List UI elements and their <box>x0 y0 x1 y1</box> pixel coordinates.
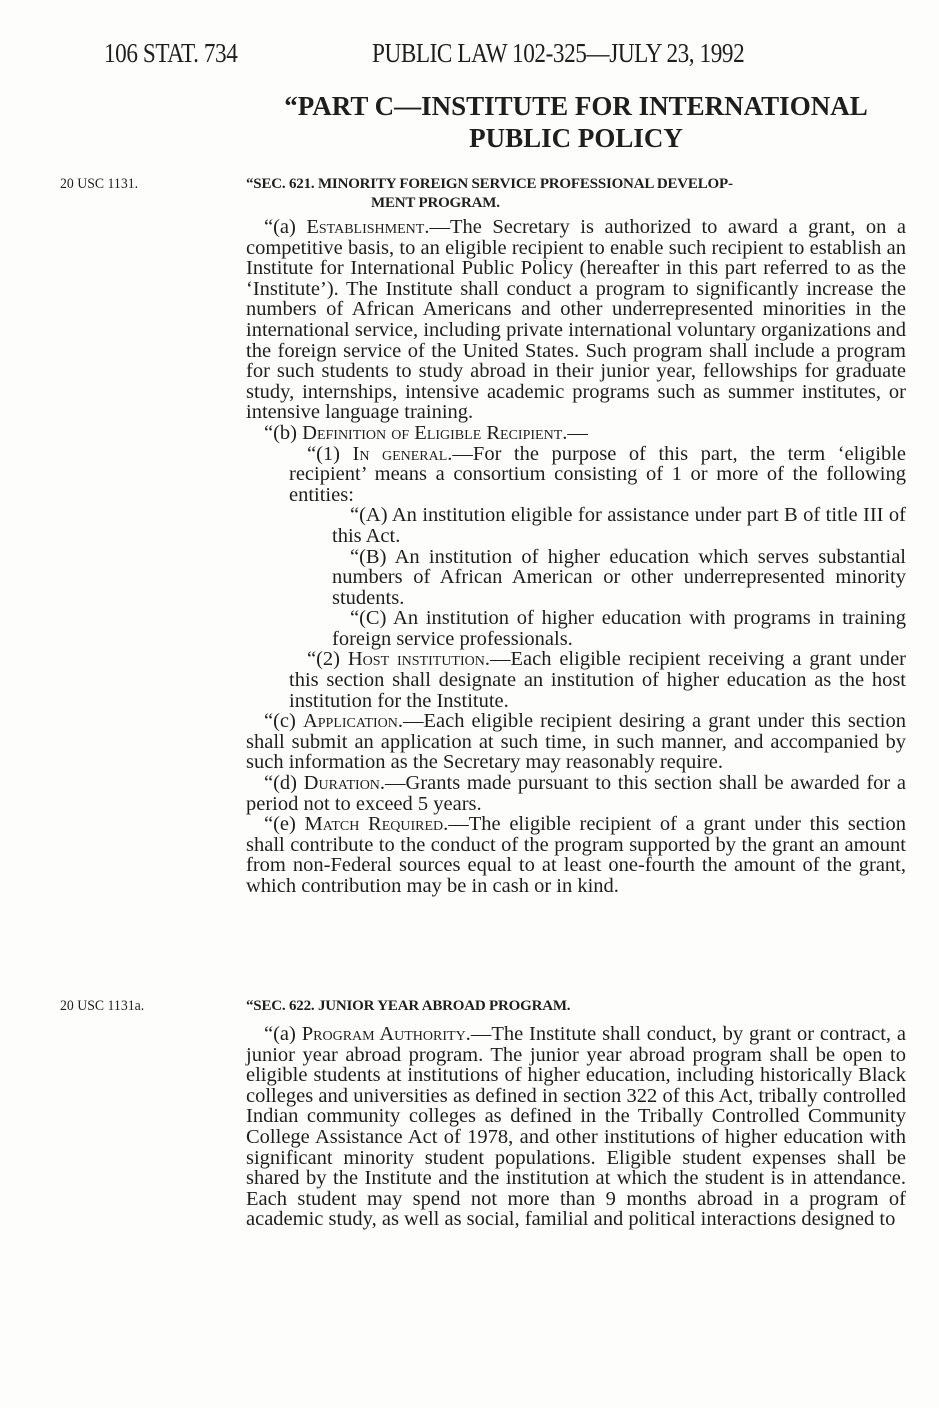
section-621-heading: “SEC. 621. MINORITY FOREIGN SERVICE PROF… <box>246 175 906 213</box>
section-622-body: “(a) Program Authority.—The Institute sh… <box>246 1024 906 1230</box>
paragraph-b1-B: “(B) An institution of higher education … <box>246 547 906 609</box>
section-621-body: “(a) Establishment.—The Secretary is aut… <box>246 217 906 897</box>
caption: Definition of Eligible Recipient. <box>302 422 567 444</box>
paragraph-d-duration: “(d) Duration.—Grants made pursuant to t… <box>246 773 906 814</box>
running-head: 106 STAT. 734 PUBLIC LAW 102-325—JULY 23… <box>0 38 939 74</box>
section-622-heading: “SEC. 622. JUNIOR YEAR ABROAD PROGRAM. <box>246 997 906 1016</box>
part-title: “PART C—INSTITUTE FOR INTERNATIONAL PUBL… <box>246 90 906 154</box>
paragraph-b1-in-general: “(1) In general.—For the purpose of this… <box>246 444 906 506</box>
section-621-heading-line1: “SEC. 621. MINORITY FOREIGN SERVICE PROF… <box>246 176 733 192</box>
paragraph-c-application: “(c) Application.—Each eligible recipien… <box>246 711 906 773</box>
caption: Program Authority. <box>302 1023 471 1045</box>
paragraph-e-match-required: “(e) Match Required.—The eligible recipi… <box>246 814 906 896</box>
caption: Application. <box>303 710 403 732</box>
caption: Host institution. <box>348 648 490 670</box>
paragraph-b1-C: “(C) An institution of higher education … <box>246 608 906 649</box>
paragraph-b-definition: “(b) Definition of Eligible Recipient.— <box>246 423 906 444</box>
paragraph-a-establishment: “(a) Establishment.—The Secretary is aut… <box>246 217 906 423</box>
paragraph-b2-host-institution: “(2) Host institution.—Each eligible rec… <box>246 649 906 711</box>
part-title-line1: “PART C—INSTITUTE FOR INTERNATIONAL <box>246 90 906 122</box>
caption: Duration. <box>304 772 385 794</box>
margin-note-usc-1131a: 20 USC 1131a. <box>60 998 144 1015</box>
part-title-line2: PUBLIC POLICY <box>246 122 906 154</box>
caption: Match Required. <box>305 813 449 835</box>
section-621-heading-line2: MENT PROGRAM. <box>246 194 906 213</box>
margin-note-usc-1131: 20 USC 1131. <box>60 176 138 193</box>
statute-page-number: 106 STAT. 734 <box>104 38 237 69</box>
section-622-heading-line1: “SEC. 622. JUNIOR YEAR ABROAD PROGRAM. <box>246 998 570 1014</box>
caption: Establishment. <box>306 216 429 238</box>
paragraph-b1-A: “(A) An institution eligible for assista… <box>246 505 906 546</box>
public-law-title: PUBLIC LAW 102-325—JULY 23, 1992 <box>372 38 744 69</box>
caption: In general. <box>353 443 453 465</box>
paragraph-a-program-authority: “(a) Program Authority.—The Institute sh… <box>246 1024 906 1230</box>
